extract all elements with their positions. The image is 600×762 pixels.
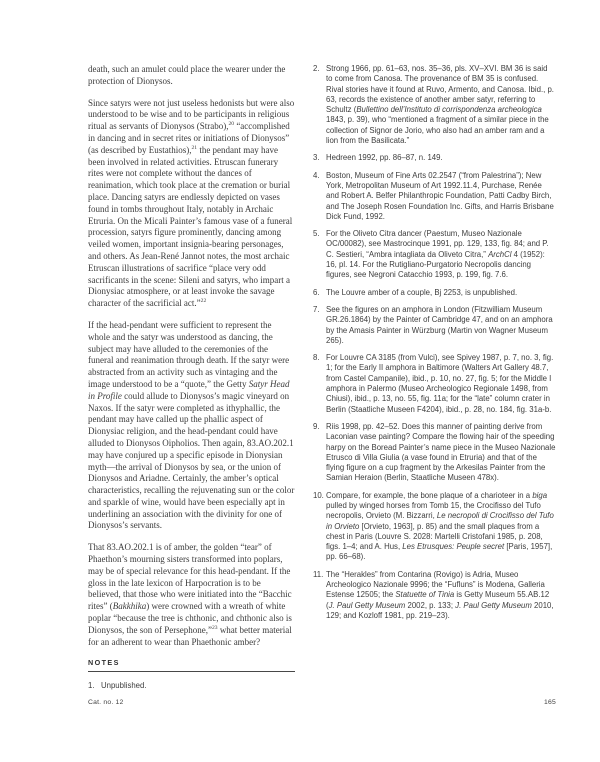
note-text: Strong 1966, pp. 61–63, nos. 35–36, pls.… bbox=[326, 64, 556, 146]
note-text: The Louvre amber of a couple, Bj 2253, i… bbox=[326, 288, 556, 298]
note-text: Riis 1998, pp. 42–52. Does this manner o… bbox=[326, 422, 556, 484]
note-number: 9. bbox=[313, 422, 326, 484]
note-item: 10.Compare, for example, the bone plaque… bbox=[313, 491, 556, 563]
note-number: 11. bbox=[313, 570, 326, 621]
note-item: 2.Strong 1966, pp. 61–63, nos. 35–36, pl… bbox=[313, 64, 556, 146]
note-number: 3. bbox=[313, 153, 326, 163]
document-page: death, such an amulet could place the we… bbox=[0, 0, 600, 762]
note-item: 3.Hedreen 1992, pp. 86–87, n. 149. bbox=[313, 153, 556, 163]
note-text: For Louvre CA 3185 (from Vulci), see Spi… bbox=[326, 353, 556, 415]
note-number: 1. bbox=[88, 681, 101, 691]
endnotes-column: 2.Strong 1966, pp. 61–63, nos. 35–36, pl… bbox=[313, 64, 556, 699]
body-paragraph: That 83.AO.202.1 is of amber, the golden… bbox=[88, 542, 295, 648]
notes-list-left: 1.Unpublished. bbox=[88, 681, 295, 691]
note-item: 6.The Louvre amber of a couple, Bj 2253,… bbox=[313, 288, 556, 298]
endnotes-list: 2.Strong 1966, pp. 61–63, nos. 35–36, pl… bbox=[313, 64, 556, 621]
note-text: Boston, Museum of Fine Arts 02.2547 (“fr… bbox=[326, 171, 556, 222]
notes-divider bbox=[88, 671, 295, 672]
body-paragraph: death, such an amulet could place the we… bbox=[88, 64, 295, 88]
note-item: 11.The “Herakles” from Contarina (Rovigo… bbox=[313, 570, 556, 621]
body-paragraph: Since satyrs were not just useless hedon… bbox=[88, 98, 295, 310]
note-text: Unpublished. bbox=[101, 681, 295, 691]
note-item: 7.See the figures on an amphora in Londo… bbox=[313, 305, 556, 346]
page-number: 165 bbox=[544, 699, 556, 706]
note-item: 9.Riis 1998, pp. 42–52. Does this manner… bbox=[313, 422, 556, 484]
note-number: 5. bbox=[313, 229, 326, 280]
note-text: Compare, for example, the bone plaque of… bbox=[326, 491, 556, 563]
note-number: 7. bbox=[313, 305, 326, 346]
notes-section: NOTES 1.Unpublished. bbox=[88, 658, 295, 691]
note-item: 5.For the Oliveto Citra dancer (Paestum,… bbox=[313, 229, 556, 280]
note-text: For the Oliveto Citra dancer (Paestum, M… bbox=[326, 229, 556, 280]
body-paragraph: If the head-pendant were sufficient to r… bbox=[88, 320, 295, 532]
body-paragraphs: death, such an amulet could place the we… bbox=[88, 64, 295, 648]
catalog-number: Cat. no. 12 bbox=[88, 699, 123, 706]
note-number: 6. bbox=[313, 288, 326, 298]
note-number: 4. bbox=[313, 171, 326, 222]
note-number: 2. bbox=[313, 64, 326, 146]
note-text: See the figures on an amphora in London … bbox=[326, 305, 556, 346]
main-text-column: death, such an amulet could place the we… bbox=[88, 64, 295, 699]
note-text: The “Herakles” from Contarina (Rovigo) i… bbox=[326, 570, 556, 621]
page-footer: Cat. no. 12 165 bbox=[88, 699, 556, 706]
note-item: 4.Boston, Museum of Fine Arts 02.2547 (“… bbox=[313, 171, 556, 222]
note-item: 8.For Louvre CA 3185 (from Vulci), see S… bbox=[313, 353, 556, 415]
note-text: Hedreen 1992, pp. 86–87, n. 149. bbox=[326, 153, 556, 163]
notes-heading: NOTES bbox=[88, 658, 295, 667]
two-column-layout: death, such an amulet could place the we… bbox=[88, 64, 556, 699]
note-number: 8. bbox=[313, 353, 326, 415]
note-number: 10. bbox=[313, 491, 326, 563]
note-item: 1.Unpublished. bbox=[88, 681, 295, 691]
